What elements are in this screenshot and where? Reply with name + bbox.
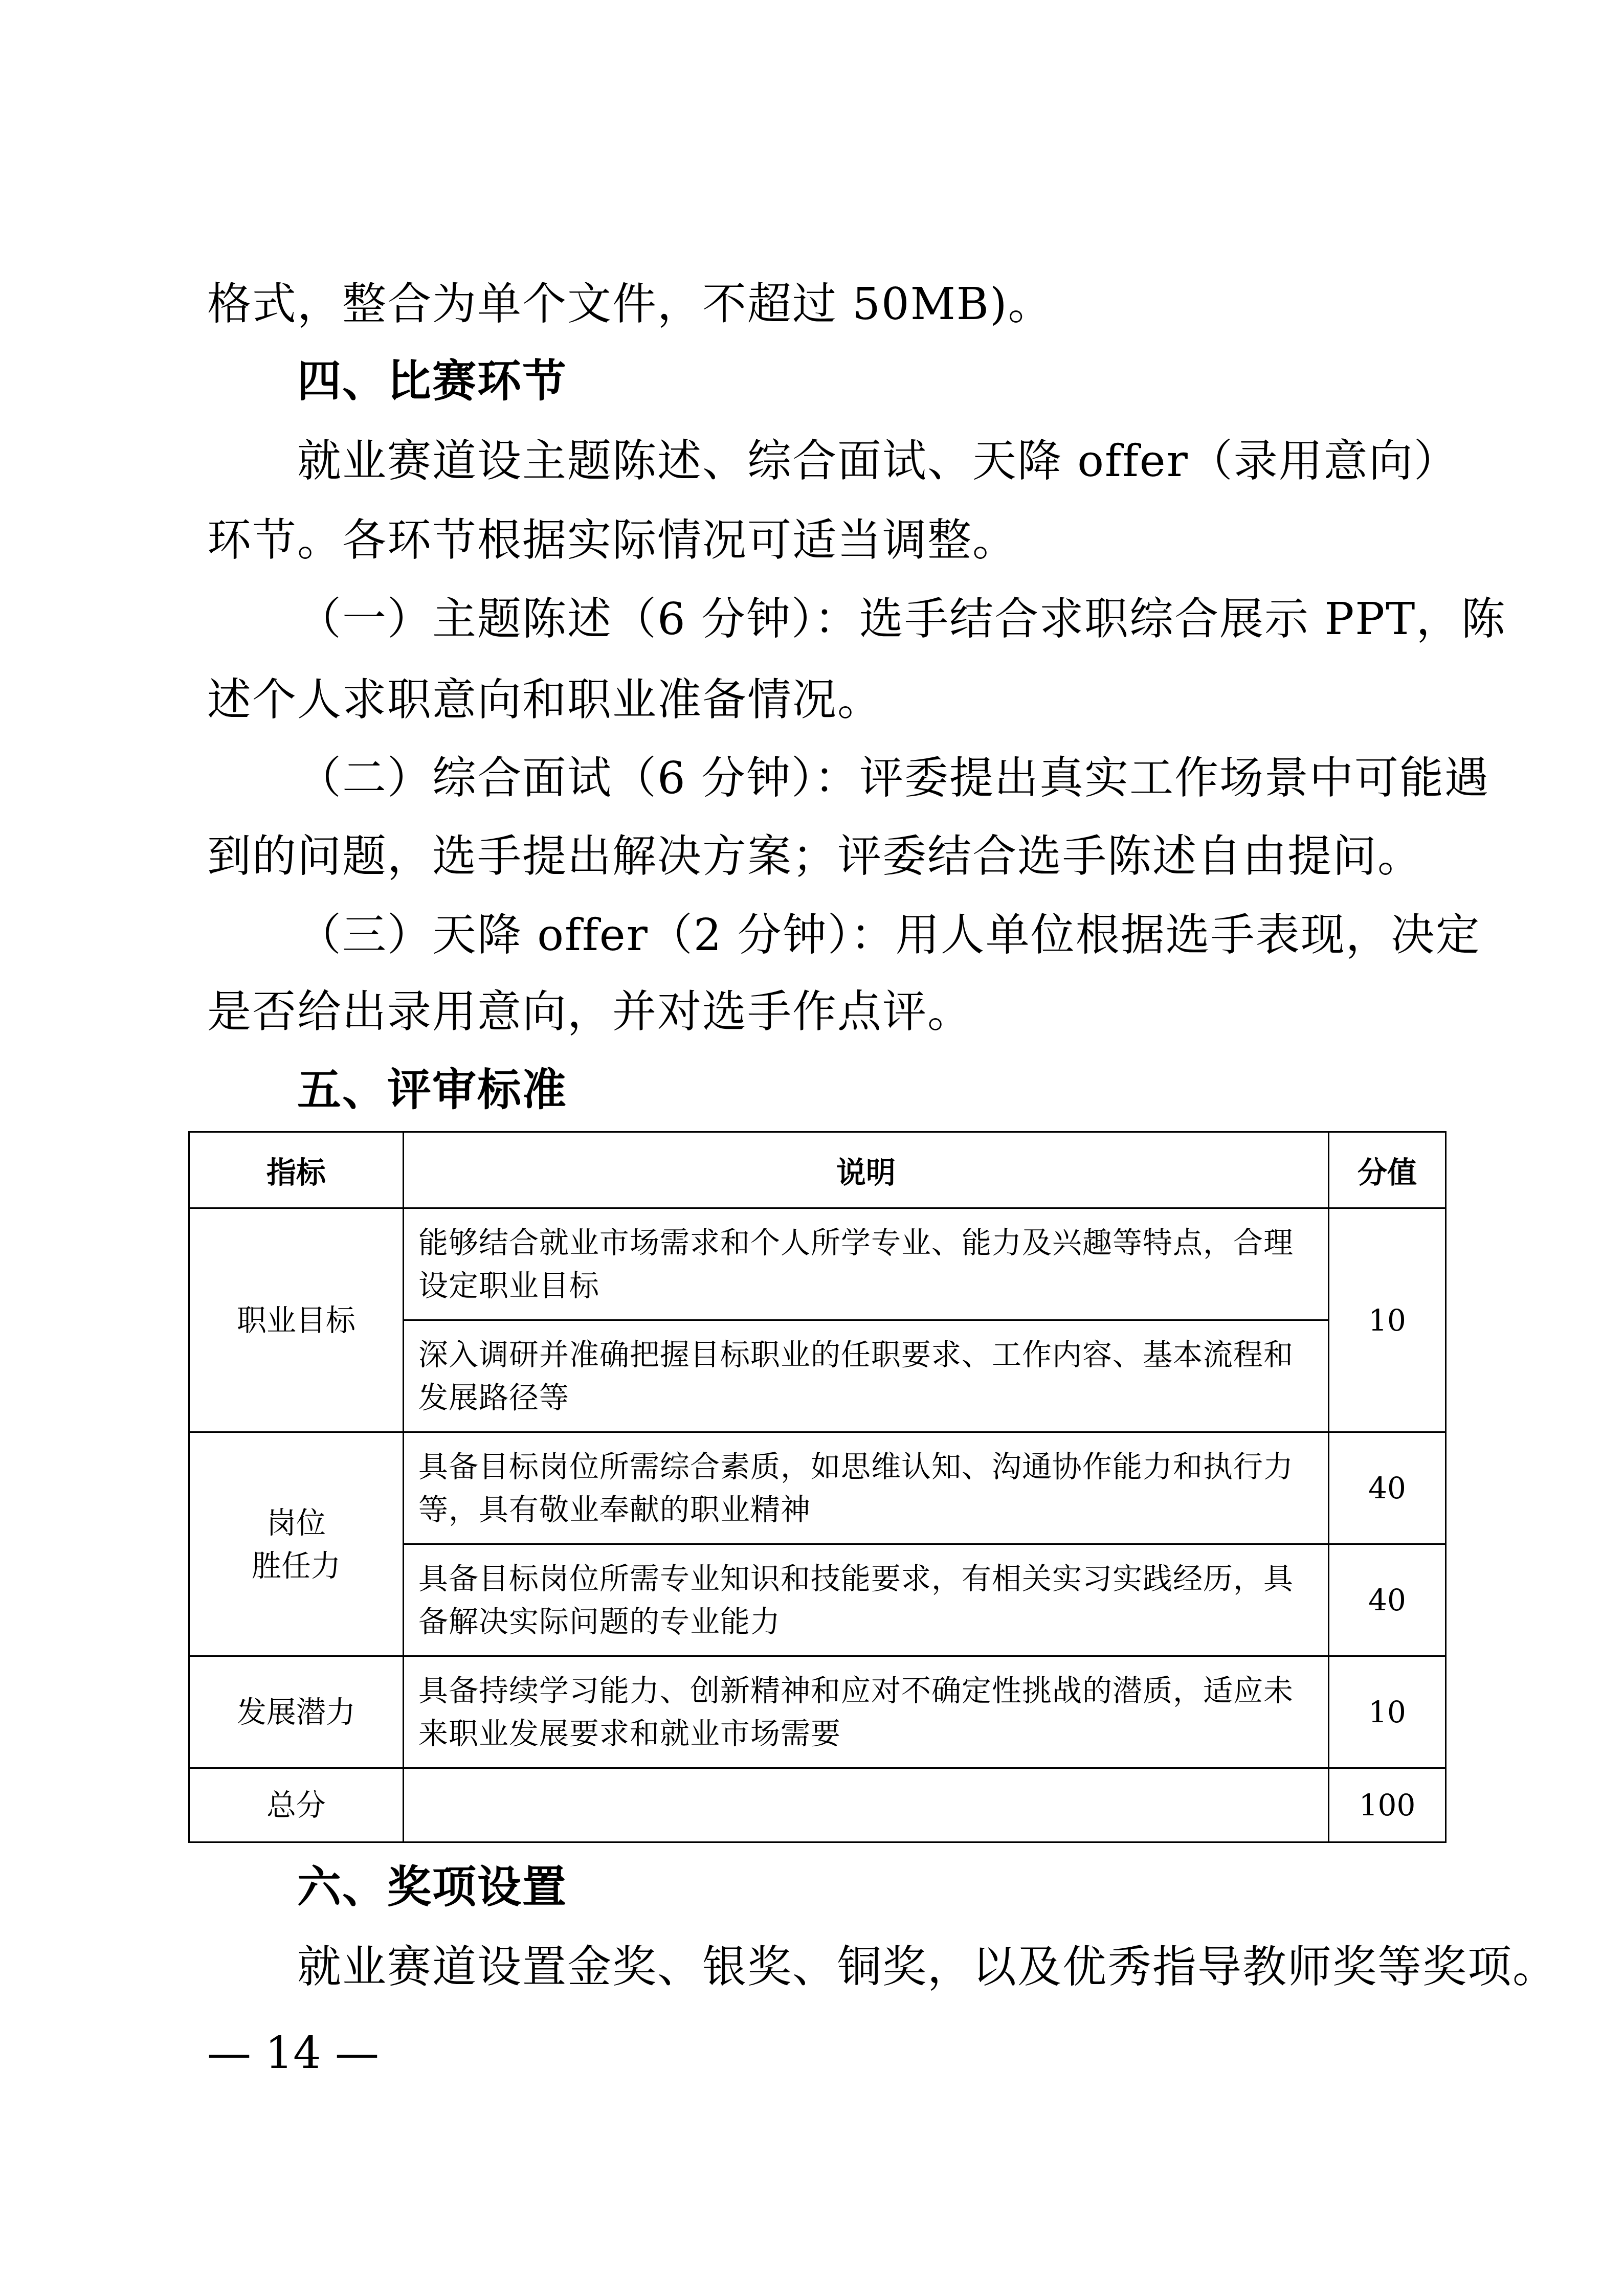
indicator-label-line2: 胜任力 [204, 1544, 388, 1587]
paragraph-offer-line2: 是否给出录用意向，并对选手作点评。 [207, 984, 1430, 1040]
page-number: — 14 — [207, 2025, 379, 2081]
score-cell: 10 [1329, 1208, 1446, 1432]
paragraph-awards: 就业赛道设置金奖、银奖、铜奖，以及优秀指导教师奖等奖项。 [297, 1939, 1430, 1995]
indicator-label-line1: 岗位 [204, 1501, 388, 1544]
table-total-row: 总分 100 [189, 1768, 1446, 1842]
evaluation-criteria-table: 指标 说明 分值 职业目标 能够结合就业市场需求和个人所学专业、能力及兴趣等特点… [188, 1131, 1447, 1843]
table-row: 发展潜力 具备持续学习能力、创新精神和应对不确定性挑战的潜质，适应未来职业发展要… [189, 1656, 1446, 1768]
paragraph-interview-line1: （二）综合面试（6 分钟）：评委提出真实工作场景中可能遇 [297, 750, 1430, 806]
paragraph-stages-line2: 环节。各环节根据实际情况可适当调整。 [207, 512, 1430, 569]
total-label: 总分 [189, 1768, 404, 1842]
score-cell: 40 [1329, 1544, 1446, 1656]
description-cell: 深入调研并准确把握目标职业的任职要求、工作内容、基本流程和发展路径等 [404, 1320, 1329, 1432]
paragraph-theme-statement-line1: （一）主题陈述（6 分钟）：选手结合求职综合展示 PPT，陈 [297, 591, 1430, 647]
header-description: 说明 [404, 1132, 1329, 1208]
header-indicator: 指标 [189, 1132, 404, 1208]
description-cell: 能够结合就业市场需求和个人所学专业、能力及兴趣等特点，合理设定职业目标 [404, 1208, 1329, 1320]
total-score: 100 [1329, 1768, 1446, 1842]
table-row: 岗位 胜任力 具备目标岗位所需综合素质，如思维认知、沟通协作能力和执行力等，具有… [189, 1432, 1446, 1544]
paragraph-stages-line1: 就业赛道设主题陈述、综合面试、天降 offer（录用意向） [297, 433, 1430, 489]
description-cell: 具备持续学习能力、创新精神和应对不确定性挑战的潜质，适应未来职业发展要求和就业市… [404, 1656, 1329, 1768]
indicator-job-competency: 岗位 胜任力 [189, 1432, 404, 1656]
indicator-career-goal: 职业目标 [189, 1208, 404, 1432]
paragraph-theme-statement-line2: 述个人求职意向和职业准备情况。 [207, 672, 1430, 728]
section-heading-awards: 六、奖项设置 [297, 1859, 1430, 1916]
score-cell: 10 [1329, 1656, 1446, 1768]
description-cell: 具备目标岗位所需专业知识和技能要求，有相关实习实践经历，具备解决实际问题的专业能… [404, 1544, 1329, 1656]
section-heading-evaluation-criteria: 五、评审标准 [297, 1062, 1430, 1118]
table-row: 职业目标 能够结合就业市场需求和个人所学专业、能力及兴趣等特点，合理设定职业目标… [189, 1208, 1446, 1320]
score-cell: 40 [1329, 1432, 1446, 1544]
paragraph-offer-line1: （三）天降 offer（2 分钟）：用人单位根据选手表现，决定 [297, 907, 1430, 963]
description-cell: 具备目标岗位所需综合素质，如思维认知、沟通协作能力和执行力等，具有敬业奉献的职业… [404, 1432, 1329, 1544]
indicator-development-potential: 发展潜力 [189, 1656, 404, 1768]
total-description [404, 1768, 1329, 1842]
section-heading-competition-stages: 四、比赛环节 [297, 353, 1430, 410]
paragraph-file-format: 格式，整合为单个文件，不超过 50MB)。 [207, 276, 1430, 332]
paragraph-interview-line2: 到的问题，选手提出解决方案；评委结合选手陈述自由提问。 [207, 828, 1430, 885]
table-header-row: 指标 说明 分值 [189, 1132, 1446, 1208]
header-score: 分值 [1329, 1132, 1446, 1208]
